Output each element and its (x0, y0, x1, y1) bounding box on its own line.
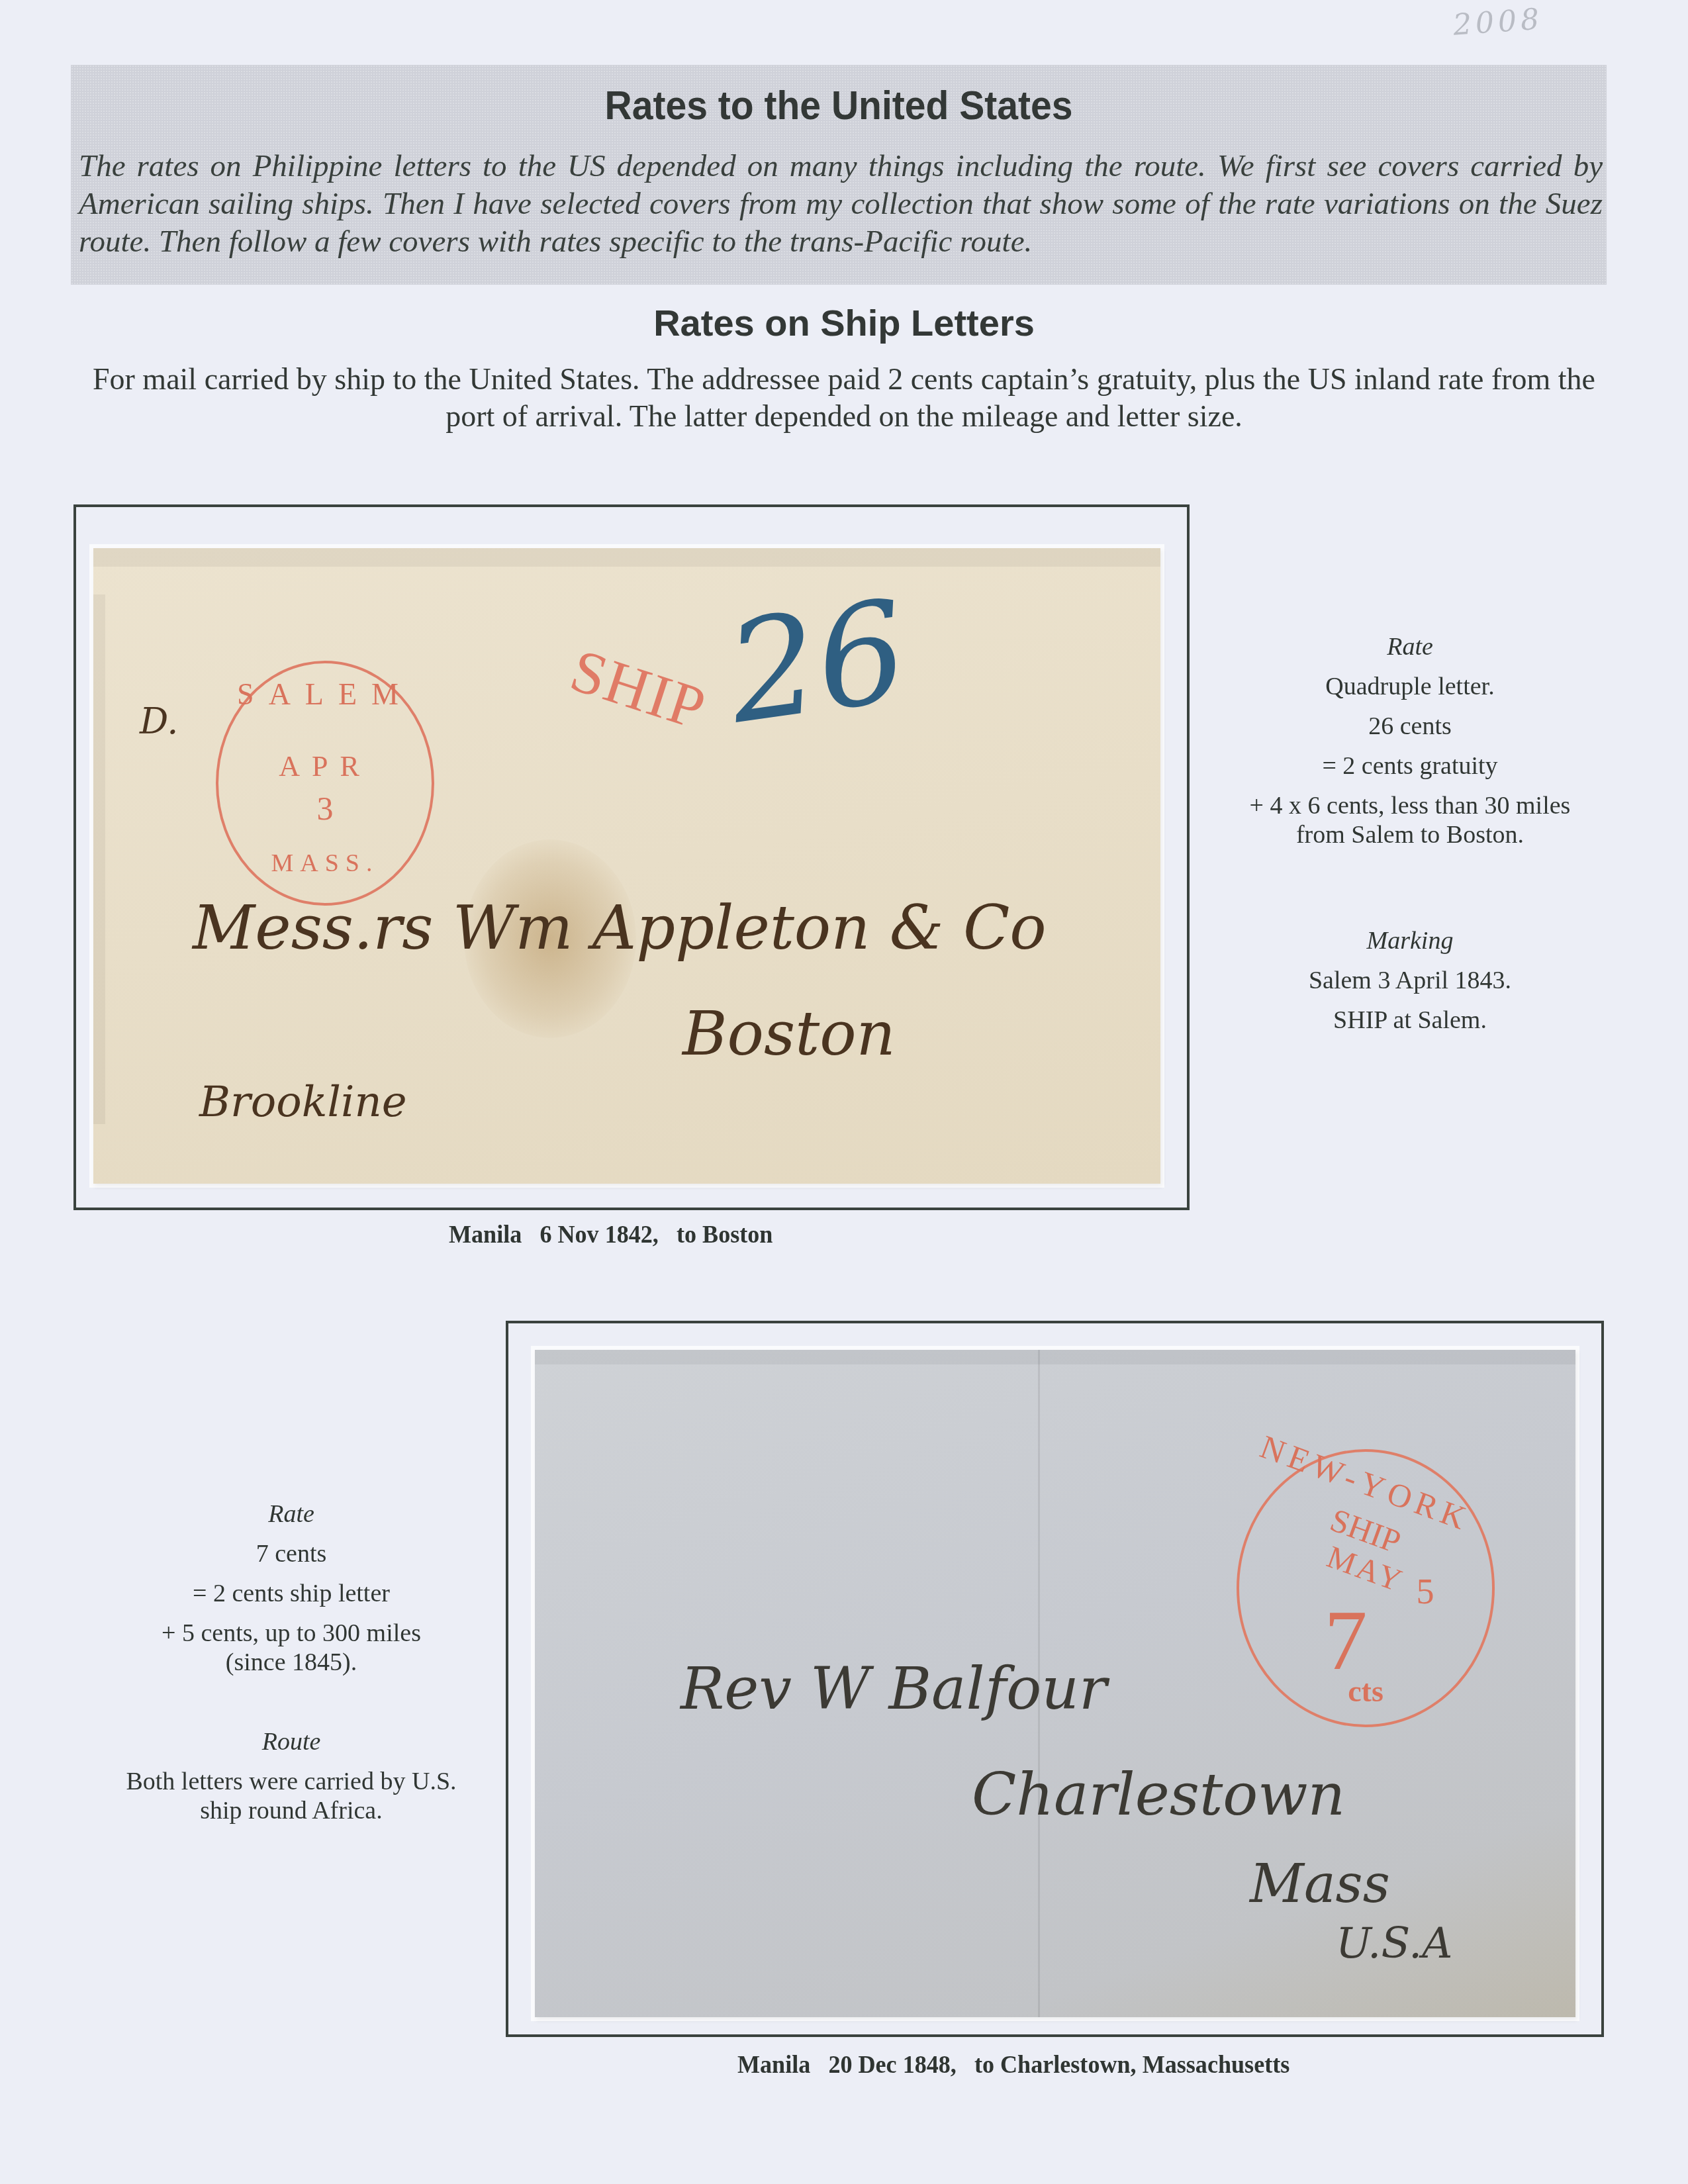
cover-frame-1: D. SALEM APR 3 MASS. SHIP 26 Mess.rs Wm … (73, 504, 1190, 1210)
rate-line: 7 cents (79, 1539, 503, 1568)
cover-1-notes: Rate Quadruple letter. 26 cents = 2 cent… (1211, 632, 1609, 1045)
rate-heading: Rate (1211, 632, 1609, 661)
ship-handstamp: SHIP (563, 635, 715, 744)
rate-line: 26 cents (1211, 712, 1609, 741)
cover-2-notes: Rate 7 cents = 2 cents ship letter + 5 c… (79, 1499, 503, 1836)
page-title: Rates to the United States (132, 82, 1545, 129)
address-note: Brookline (199, 1078, 407, 1127)
rate-line: + 4 x 6 cents, less than 30 miles (1211, 791, 1609, 820)
rate-line: (since 1845). (79, 1648, 503, 1677)
marking-line: Salem 3 April 1843. (1211, 966, 1609, 995)
header-box: Rates to the United States The rates on … (71, 65, 1607, 285)
address-line-2: Boston (682, 998, 896, 1069)
rate-heading: Rate (79, 1499, 503, 1529)
postmark-unit: cts (1239, 1674, 1492, 1709)
pencil-page-note: 2008 (1452, 2, 1544, 42)
docket-mark: D. (140, 700, 179, 742)
rate-line: = 2 cents gratuity (1211, 751, 1609, 781)
route-line: Both letters were carried by U.S. (79, 1767, 503, 1796)
address-line-2: Charlestown (972, 1760, 1345, 1828)
cover-image-new-york: NEW-YORK SHIP MAY 5 7 cts Rev W Balfour … (535, 1350, 1575, 2017)
rate-line: Quadruple letter. (1211, 672, 1609, 701)
section-title: Rates on Ship Letters (0, 301, 1688, 344)
postmark-day: 3 (218, 789, 432, 828)
address-line-1: Rev W Balfour (680, 1654, 1107, 1723)
manuscript-rate: 26 (718, 570, 916, 755)
marking-heading: Marking (1211, 926, 1609, 955)
new-york-postmark: NEW-YORK SHIP MAY 5 7 cts (1237, 1449, 1495, 1727)
fold-line (535, 1350, 1575, 1364)
cover-2-caption: Manila 20 Dec 1848, to Charlestown, Mass… (737, 2050, 1289, 2079)
postmark-town: SALEM (218, 677, 432, 712)
address-line-3: Mass (1250, 1853, 1390, 1915)
cover-1-caption: Manila 6 Nov 1842, to Boston (449, 1220, 773, 1249)
cover-frame-2: NEW-YORK SHIP MAY 5 7 cts Rev W Balfour … (506, 1321, 1604, 2037)
rate-line: + 5 cents, up to 300 miles (79, 1619, 503, 1648)
fold-edge (93, 594, 105, 1124)
address-line-4: U.S.A (1336, 1919, 1453, 1968)
marking-line: SHIP at Salem. (1211, 1006, 1609, 1035)
salem-postmark: SALEM APR 3 MASS. (216, 661, 434, 906)
route-line: ship round Africa. (79, 1796, 503, 1825)
fold-line (93, 548, 1160, 567)
section-intro: For mail carried by ship to the United S… (86, 361, 1602, 435)
route-heading: Route (79, 1727, 503, 1756)
address-line-1: Mess.rs Wm Appleton & Co (193, 892, 1047, 963)
postmark-month: APR (218, 749, 432, 783)
rate-line: from Salem to Boston. (1211, 820, 1609, 849)
rate-line: = 2 cents ship letter (79, 1579, 503, 1608)
cover-image-salem: D. SALEM APR 3 MASS. SHIP 26 Mess.rs Wm … (93, 548, 1160, 1184)
page-intro: The rates on Philippine letters to the U… (79, 148, 1603, 261)
postmark-state: MASS. (218, 849, 432, 878)
